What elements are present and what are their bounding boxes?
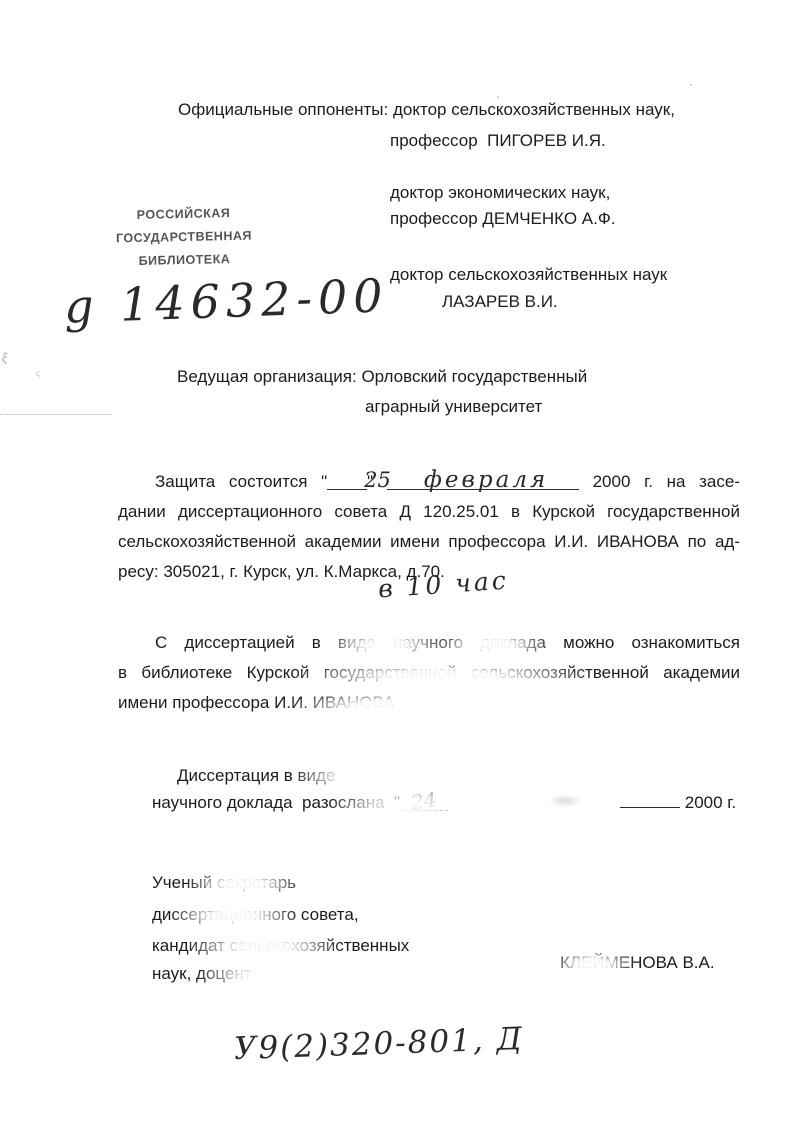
signature-line3: кандидат сельскохозяйственных bbox=[152, 936, 409, 956]
opponent2-degree: доктор экономических наук, bbox=[390, 183, 610, 203]
sent-line1: Диссертация в виде bbox=[177, 766, 335, 786]
defense-day-blank: 25 bbox=[327, 473, 367, 490]
sent-line2-pre: научного доклада разослана " bbox=[152, 793, 400, 812]
defense-line1-pre: Защита состоится " bbox=[155, 472, 327, 491]
leading-org-line1: Ведущая организация: Орловский государст… bbox=[177, 367, 587, 387]
library-line1: С диссертацией в виде научного доклада м… bbox=[118, 633, 740, 653]
secretary-name: КЛЕЙМЕНОВА В.А. bbox=[560, 953, 715, 973]
opponents-line: Официальные оппоненты: доктор сельскохоз… bbox=[178, 100, 675, 120]
scan-speck bbox=[690, 84, 692, 86]
handwritten-defense-month: февраля bbox=[424, 467, 548, 493]
signature-line1: Ученый секретарь bbox=[152, 873, 296, 893]
opponents-label: Официальные оппоненты: bbox=[178, 100, 388, 119]
scan-squiggle-artifact: ξ bbox=[1, 350, 9, 366]
leading-org-label: Ведущая организация: bbox=[177, 367, 357, 386]
opponent1-name: профессор ПИГОРЕВ И.Я. bbox=[390, 131, 606, 151]
scan-speck bbox=[497, 96, 499, 98]
handwritten-shelf-code: У9(2)320-801, Д bbox=[233, 1021, 524, 1067]
defense-line1: Защита состоится "25" февраля 2000 г. на… bbox=[118, 472, 740, 492]
signature-line4: наук, доцент bbox=[152, 964, 252, 984]
library-line2: в библиотеке Курской государственной сел… bbox=[118, 663, 740, 683]
defense-line2: дании диссертационного совета Д 120.25.0… bbox=[118, 502, 740, 522]
stamp-line2: ГОСУДАРСТВЕННАЯ bbox=[114, 225, 254, 251]
sent-year-blank bbox=[620, 803, 680, 808]
stamp-line3: БИБЛИОТЕКА bbox=[114, 248, 254, 274]
faded-ink-smudge bbox=[548, 794, 582, 808]
library-stamp: РОССИЙСКАЯ ГОСУДАРСТВЕННАЯ БИБЛИОТЕКА bbox=[113, 202, 254, 274]
leading-org-name2: аграрный университет bbox=[365, 397, 542, 417]
handwritten-accession-number: g 14632-00 bbox=[63, 268, 389, 333]
scan-dotted-line-artifact bbox=[0, 414, 112, 415]
sent-year: 2000 г. bbox=[685, 793, 736, 812]
handwritten-sent-day: 24 bbox=[411, 793, 438, 808]
defense-line1-post: 2000 г. на засе- bbox=[593, 472, 740, 491]
defense-line1-quote: " bbox=[367, 472, 373, 491]
sent-line2: научного доклада разослана "24 2000 г. bbox=[152, 793, 736, 813]
defense-line3: сельскохозяйственной академии имени проф… bbox=[118, 532, 740, 552]
signature-line2: диссертационного совета, bbox=[152, 905, 359, 925]
defense-month-blank: февраля bbox=[387, 473, 579, 490]
sent-day-blank: 24 bbox=[400, 795, 448, 811]
leading-org-name1: Орловский государственный bbox=[361, 367, 587, 386]
opponent3-name: ЛАЗАРЕВ В.И. bbox=[442, 292, 558, 312]
scan-squiggle-artifact: ς bbox=[36, 368, 40, 378]
library-line3: имени профессора И.И. ИВАНОВА bbox=[118, 693, 395, 713]
opponent3-degree: доктор сельскохозяйственных наук bbox=[390, 265, 667, 285]
opponent2-name: профессор ДЕМЧЕНКО А.Ф. bbox=[390, 209, 616, 229]
scanned-dissertation-page: Официальные оппоненты: доктор сельскохоз… bbox=[0, 0, 798, 1132]
opponent1-degree: доктор сельскохозяйственных наук, bbox=[393, 100, 675, 119]
stamp-line1: РОССИЙСКАЯ bbox=[113, 202, 253, 228]
